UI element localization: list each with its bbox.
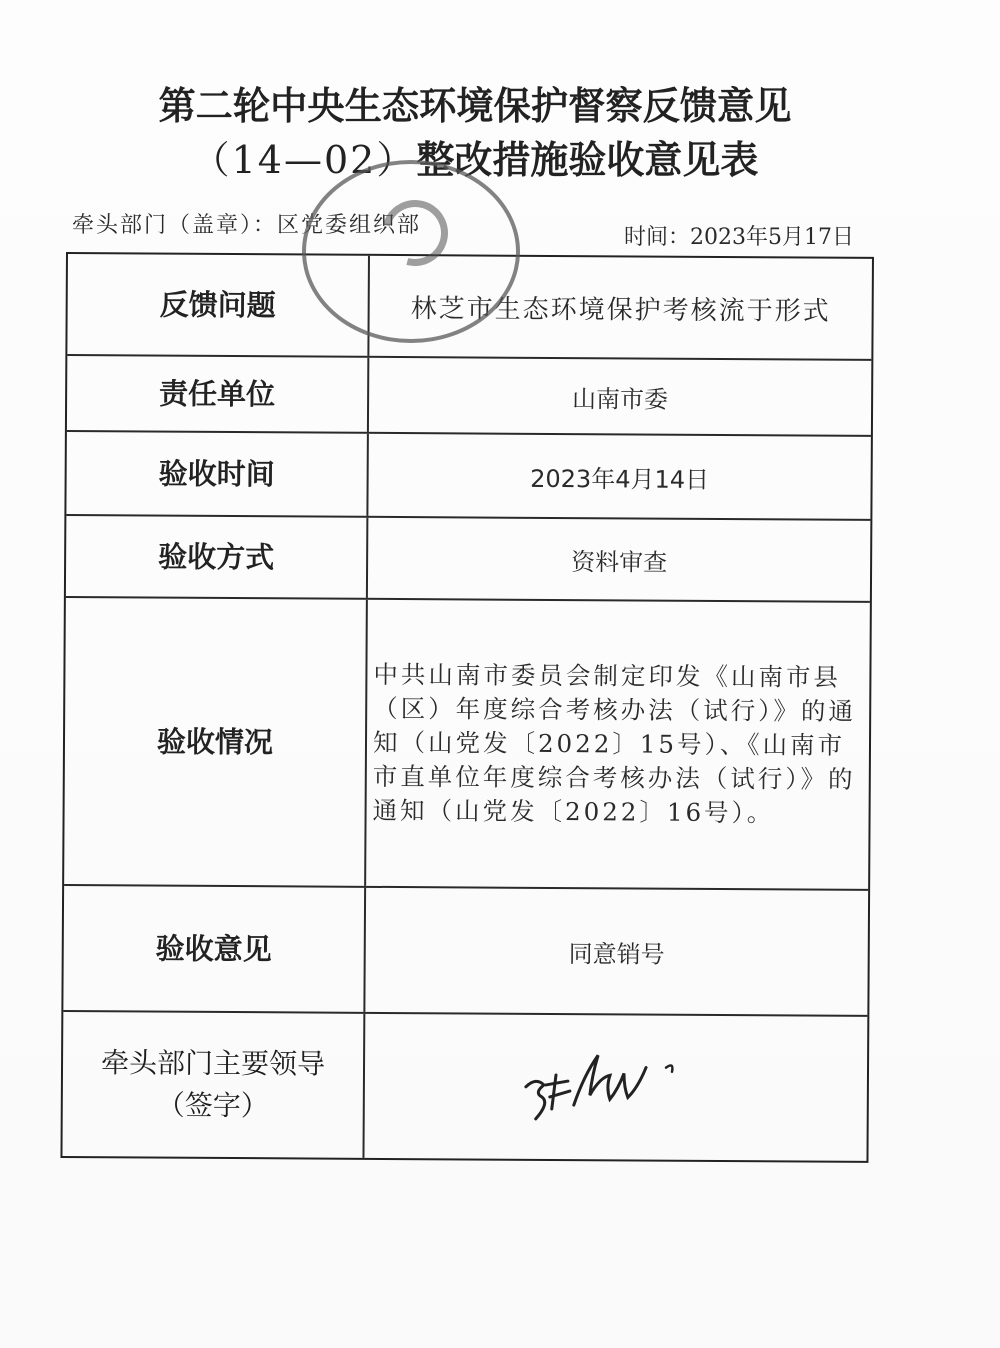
row-label: 验收方式 xyxy=(66,516,368,598)
table-row-acceptance-opinion: 验收意见 同意销号 xyxy=(63,886,868,1017)
row-label: 牵头部门主要领导 （签字） xyxy=(62,1012,365,1158)
row-value: 中共山南市委员会制定印发《山南市县（区）年度综合考核办法（试行）》的通知（山党发… xyxy=(366,600,870,889)
acceptance-status-text: 中共山南市委员会制定印发《山南市县（区）年度综合考核办法（试行）》的通知（山党发… xyxy=(372,658,861,831)
document-title-line1: 第二轮中央生态环境保护督察反馈意见 xyxy=(108,84,843,128)
row-value: 资料审查 xyxy=(368,518,870,601)
signature-label-line2: （签字） xyxy=(157,1085,269,1128)
document-title-text: 整改措施验收意见表 xyxy=(416,137,758,182)
lead-department-label: 牵头部门（盖章）： xyxy=(72,213,277,238)
row-value: 林芝市生态环境保护考核流于形式 xyxy=(369,256,872,359)
row-value: 同意销号 xyxy=(365,888,868,1015)
signature-label-line1: 牵头部门主要领导 xyxy=(101,1042,325,1085)
lead-department: 牵头部门（盖章）：区党委组织部 xyxy=(72,212,421,240)
row-label: 反馈问题 xyxy=(67,254,370,356)
signature-cell xyxy=(364,1014,867,1161)
table-row-feedback-issue: 反馈问题 林芝市生态环境保护考核流于形式 xyxy=(67,254,872,361)
document-page: 第二轮中央生态环境保护督察反馈意见 （14—02）整改措施验收意见表 牵头部门（… xyxy=(0,0,1000,1348)
date-label: 时间： xyxy=(624,225,690,250)
row-value: 2023年4月14日 xyxy=(368,434,870,519)
table-row-acceptance-status: 验收情况 中共山南市委员会制定印发《山南市县（区）年度综合考核办法（试行）》的通… xyxy=(64,598,870,891)
date-value: 2023年5月17日 xyxy=(690,225,854,250)
row-label: 验收时间 xyxy=(66,432,368,516)
acceptance-form-table: 反馈问题 林芝市生态环境保护考核流于形式 责任单位 山南市委 验收时间 2023… xyxy=(60,252,874,1163)
row-label: 验收意见 xyxy=(63,886,366,1012)
document-code: （14—02） xyxy=(192,138,417,182)
row-label: 责任单位 xyxy=(67,356,369,432)
row-label: 验收情况 xyxy=(64,598,368,886)
document-title-line2: （14—02）整改措施验收意见表 xyxy=(100,138,850,182)
table-row-leader-signature: 牵头部门主要领导 （签字） xyxy=(62,1012,867,1161)
table-row-acceptance-method: 验收方式 资料审查 xyxy=(66,516,870,603)
lead-department-value: 区党委组织部 xyxy=(277,213,421,238)
table-row-acceptance-date: 验收时间 2023年4月14日 xyxy=(66,432,870,521)
document-date: 时间：2023年5月17日 xyxy=(624,224,854,252)
row-value: 山南市委 xyxy=(369,358,871,435)
table-row-responsible-unit: 责任单位 山南市委 xyxy=(67,356,871,437)
handwritten-signature-icon xyxy=(516,1047,716,1128)
